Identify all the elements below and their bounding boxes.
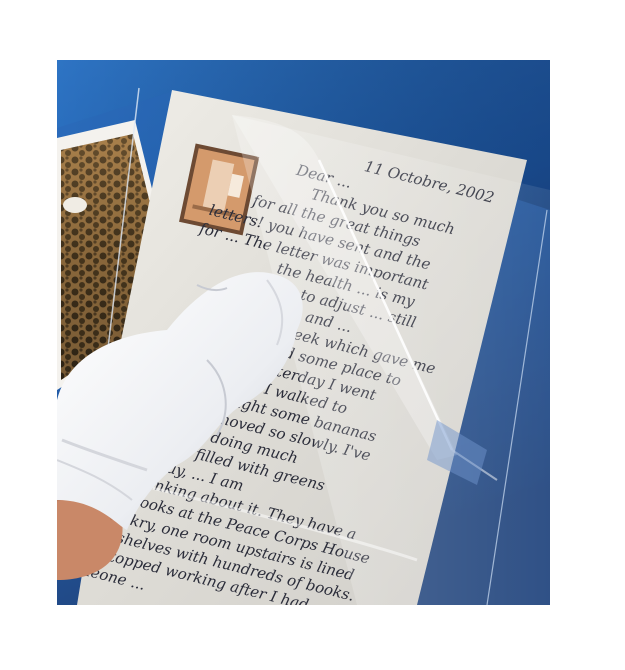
product-photo: 11 Octobre, 2002 Dear ... Thank you so m… (57, 60, 550, 605)
photo-canvas: 11 Octobre, 2002 Dear ... Thank you so m… (57, 60, 550, 605)
